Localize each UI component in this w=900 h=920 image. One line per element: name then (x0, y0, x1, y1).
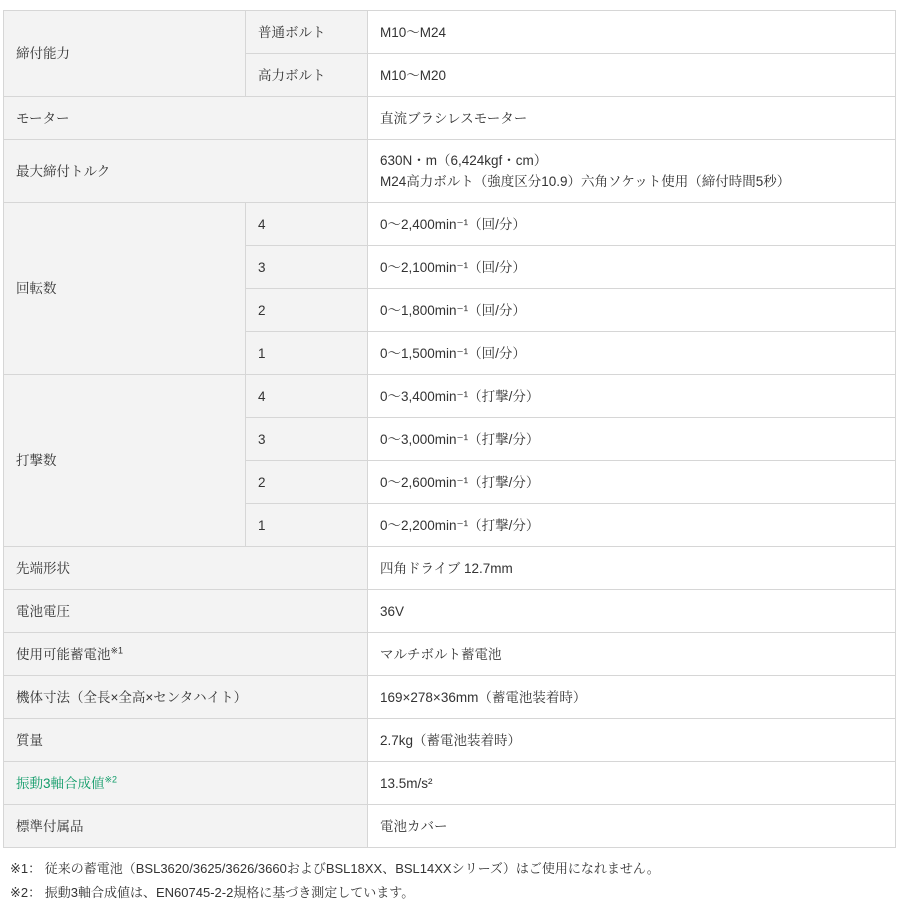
sub-label-high-tension-bolt: 高力ボルト (246, 54, 368, 97)
footnote-ref-2: ※2 (105, 774, 118, 784)
footnote-2: ※2： 振動3軸合成値は、EN60745-2-2規格に基づき測定しています。 (10, 883, 895, 903)
table-row: 質量 2.7kg（蓄電池装着時） (4, 719, 896, 762)
table-row: 使用可能蓄電池※1 マルチボルト蓄電池 (4, 633, 896, 676)
footnote-2-text: 振動3軸合成値は、EN60745-2-2規格に基づき測定しています。 (45, 885, 415, 900)
footnote-1-text: 従来の蓄電池（BSL3620/3625/3626/3660およびBSL18XX、… (45, 861, 660, 876)
torque-line-2: M24高力ボルト（強度区分10.9）六角ソケット使用（締付時間5秒） (380, 171, 883, 192)
impact-value-4: 0～3,400min⁻¹（打撃/分） (368, 375, 896, 418)
table-row: 回転数 4 0～2,400min⁻¹（回/分） (4, 203, 896, 246)
value-motor: 直流ブラシレスモーター (368, 97, 896, 140)
sub-label-normal-bolt: 普通ボルト (246, 11, 368, 54)
footnote-1-marker: ※1： (10, 861, 41, 876)
row-label-vibration: 振動3軸合成値※2 (4, 762, 368, 805)
row-label-torque: 最大締付トルク (4, 140, 368, 203)
rotation-value-1: 0～1,500min⁻¹（回/分） (368, 332, 896, 375)
impact-value-2: 0～2,600min⁻¹（打撃/分） (368, 461, 896, 504)
table-row: モーター 直流ブラシレスモーター (4, 97, 896, 140)
rotation-value-4: 0～2,400min⁻¹（回/分） (368, 203, 896, 246)
table-row: 標準付属品 電池カバー (4, 805, 896, 848)
impact-mode-2: 2 (246, 461, 368, 504)
row-label-tightening: 締付能力 (4, 11, 246, 97)
row-label-accessories: 標準付属品 (4, 805, 368, 848)
rotation-value-2: 0～1,800min⁻¹（回/分） (368, 289, 896, 332)
row-label-motor: モーター (4, 97, 368, 140)
usable-battery-label-text: 使用可能蓄電池 (16, 647, 111, 662)
table-row: 締付能力 普通ボルト M10～M24 (4, 11, 896, 54)
footnotes: ※1： 従来の蓄電池（BSL3620/3625/3626/3660およびBSL1… (10, 859, 895, 902)
value-high-tension-bolt: M10～M20 (368, 54, 896, 97)
table-row: 最大締付トルク 630N・m（6,424kgf・cm） M24高力ボルト（強度区… (4, 140, 896, 203)
footnote-1: ※1： 従来の蓄電池（BSL3620/3625/3626/3660およびBSL1… (10, 859, 895, 879)
value-normal-bolt: M10～M24 (368, 11, 896, 54)
row-label-impact: 打撃数 (4, 375, 246, 547)
row-label-weight: 質量 (4, 719, 368, 762)
value-vibration: 13.5m/s² (368, 762, 896, 805)
row-label-tip-shape: 先端形状 (4, 547, 368, 590)
table-row: 振動3軸合成値※2 13.5m/s² (4, 762, 896, 805)
footnote-ref-1: ※1 (111, 645, 124, 655)
impact-mode-3: 3 (246, 418, 368, 461)
value-weight: 2.7kg（蓄電池装着時） (368, 719, 896, 762)
spec-page: 締付能力 普通ボルト M10～M24 高力ボルト M10～M20 モーター 直流… (0, 0, 900, 920)
impact-mode-4: 4 (246, 375, 368, 418)
footnote-2-marker: ※2： (10, 885, 41, 900)
spec-table: 締付能力 普通ボルト M10～M24 高力ボルト M10～M20 モーター 直流… (3, 10, 896, 848)
rotation-mode-2: 2 (246, 289, 368, 332)
row-label-dimensions: 機体寸法（全長×全高×センタハイト） (4, 676, 368, 719)
impact-value-3: 0～3,000min⁻¹（打撃/分） (368, 418, 896, 461)
rotation-value-3: 0～2,100min⁻¹（回/分） (368, 246, 896, 289)
table-row: 機体寸法（全長×全高×センタハイト） 169×278×36mm（蓄電池装着時） (4, 676, 896, 719)
value-tip-shape: 四角ドライブ 12.7mm (368, 547, 896, 590)
table-row: 打撃数 4 0～3,400min⁻¹（打撃/分） (4, 375, 896, 418)
value-torque: 630N・m（6,424kgf・cm） M24高力ボルト（強度区分10.9）六角… (368, 140, 896, 203)
impact-value-1: 0～2,200min⁻¹（打撃/分） (368, 504, 896, 547)
rotation-mode-4: 4 (246, 203, 368, 246)
table-row: 先端形状 四角ドライブ 12.7mm (4, 547, 896, 590)
rotation-mode-3: 3 (246, 246, 368, 289)
table-row: 電池電圧 36V (4, 590, 896, 633)
value-accessories: 電池カバー (368, 805, 896, 848)
row-label-usable-battery: 使用可能蓄電池※1 (4, 633, 368, 676)
value-dimensions: 169×278×36mm（蓄電池装着時） (368, 676, 896, 719)
rotation-mode-1: 1 (246, 332, 368, 375)
value-usable-battery: マルチボルト蓄電池 (368, 633, 896, 676)
value-voltage: 36V (368, 590, 896, 633)
row-label-rotation: 回転数 (4, 203, 246, 375)
impact-mode-1: 1 (246, 504, 368, 547)
vibration-link[interactable]: 振動3軸合成値 (16, 776, 105, 791)
torque-line-1: 630N・m（6,424kgf・cm） (380, 150, 883, 171)
row-label-voltage: 電池電圧 (4, 590, 368, 633)
